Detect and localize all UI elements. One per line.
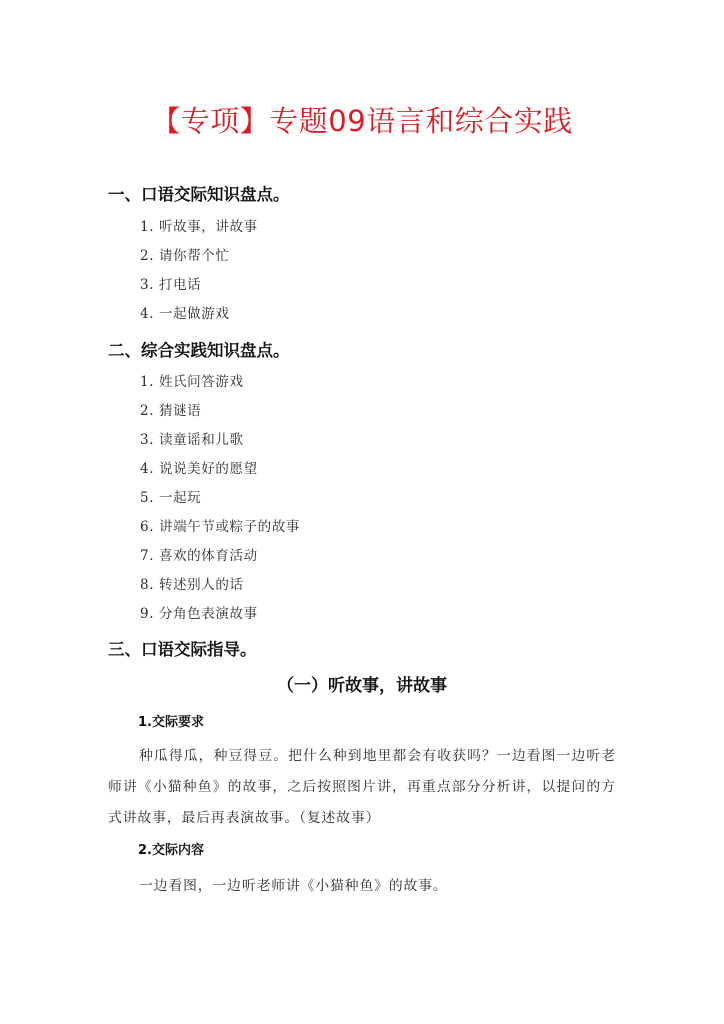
- list-item: 5. 一起玩: [140, 488, 201, 508]
- part-heading-content: 2.交际内容: [138, 841, 204, 861]
- paragraph-requirements: 种瓜得瓜，种豆得豆。把什么种到地里都会有收获吗？一边看图一边听老师讲《小猫种鱼》…: [108, 741, 616, 834]
- list-item: 9. 分角色表演故事: [140, 604, 258, 624]
- list-item: 3. 打电话: [140, 275, 201, 295]
- paragraph-content: 一边看图，一边听老师讲《小猫种鱼》的故事。: [108, 871, 616, 902]
- list-item: 8. 转述别人的话: [140, 575, 244, 595]
- document-title: 【专项】专题09语言和综合实践: [0, 101, 724, 141]
- list-item: 4. 一起做游戏: [140, 304, 229, 324]
- list-item: 4. 说说美好的愿望: [140, 459, 258, 479]
- section-heading-oral-communication-review: 一、口语交际知识盘点。: [108, 183, 290, 207]
- part-heading-requirements: 1.交际要求: [138, 713, 204, 733]
- list-item: 2. 请你帮个忙: [140, 246, 229, 266]
- list-item: 2. 猜谜语: [140, 401, 201, 421]
- document-page: 【专项】专题09语言和综合实践 一、口语交际知识盘点。 1. 听故事，讲故事 2…: [0, 0, 724, 1024]
- list-item: 7. 喜欢的体育活动: [140, 546, 258, 566]
- subsection-heading: （一）听故事，讲故事: [0, 674, 724, 698]
- section-heading-practice-review: 二、综合实践知识盘点。: [108, 339, 290, 363]
- list-item: 1. 姓氏问答游戏: [140, 372, 244, 392]
- list-item: 3. 读童谣和儿歌: [140, 430, 244, 450]
- list-item: 1. 听故事，讲故事: [140, 217, 258, 237]
- section-heading-oral-guidance: 三、口语交际指导。: [108, 638, 257, 662]
- list-item: 6. 讲端午节或粽子的故事: [140, 517, 300, 537]
